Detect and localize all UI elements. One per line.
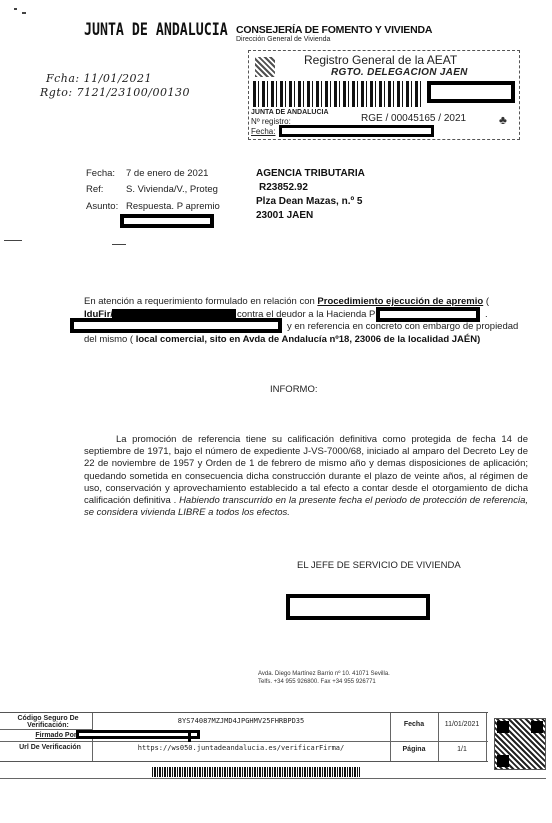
csv-value: 8YS74087MZJMD4JPGHMV25FHRBPD35 — [92, 717, 390, 725]
stamp-registry-number: RGE / 00045165 / 2021 — [361, 113, 466, 124]
subdepartment-title: Dirección General de Vivienda — [236, 36, 330, 43]
signature-redaction — [286, 594, 430, 620]
stamp-org: JUNTA DE ANDALUCIA — [251, 109, 329, 116]
recipient-street: Plza Dean Mazas, n.º 5 — [256, 196, 362, 207]
recipient-code: R23852.92 — [259, 182, 308, 193]
scan-speck — [22, 12, 26, 14]
redaction-box — [70, 318, 282, 333]
text-span: ( — [483, 296, 489, 307]
recipient-name: AGENCIA TRIBUTARIA — [256, 168, 365, 179]
subject-label: Asunto: — [86, 201, 118, 212]
text-span: del mismo ( — [84, 334, 136, 345]
url-label: Url De Verificación — [10, 744, 90, 751]
divider — [0, 778, 546, 779]
page-value: 1/1 — [438, 746, 486, 753]
date-label: Fecha — [390, 721, 438, 728]
text-span: En atención a requerimiento formulado en… — [84, 296, 317, 307]
page-label: Página — [390, 746, 438, 753]
body-paragraph-1-line3: y en referencia en concreto con embargo … — [287, 321, 518, 333]
footer-phone-line: Telfs. +34 955 926800. Fax +34 955 92677… — [258, 678, 390, 686]
stamp-subtitle: RGTO. DELEGACION JAEN — [331, 67, 468, 78]
redaction-box — [76, 730, 200, 739]
csv-label: Código Seguro De Verificación: — [8, 715, 88, 729]
org-title: JUNTA DE ANDALUCIA — [84, 20, 228, 40]
footer-address: Avda. Diego Martínez Barrio nº 10. 41071… — [258, 670, 390, 686]
barcode — [152, 767, 360, 777]
body-paragraph-2: La promoción de referencia tiene su cali… — [84, 434, 528, 519]
redaction-box — [120, 214, 214, 228]
redaction-box — [188, 733, 191, 742]
procedure-name: Procedimiento ejecución de apremio — [317, 296, 483, 307]
signer-title: EL JEFE DE SERVICIO DE VIVIENDA — [297, 560, 461, 571]
ref-value: S. Vivienda/V., Proteg — [126, 184, 218, 195]
footer-address-line1: Avda. Diego Martínez Barrio nº 10. 41071… — [258, 670, 390, 678]
qr-code-icon — [494, 718, 546, 770]
date-label: Fecha: — [86, 168, 115, 179]
coat-of-arms-icon — [255, 57, 275, 77]
handwritten-date: Fcha: 11/01/2021 — [46, 72, 152, 85]
scan-speck — [14, 8, 17, 10]
informo-heading: INFORMO: — [270, 384, 318, 395]
stamp-title: Registro General de la AEAT — [304, 53, 457, 67]
property-description: local comercial, sito en Avda de Andaluc… — [136, 334, 481, 345]
body-paragraph-1-line4: del mismo ( local comercial, sito en Avd… — [84, 334, 480, 346]
stamp-logo-icon: ♣ — [499, 113, 507, 127]
stamp-barcode — [253, 81, 423, 107]
recipient-city: 23001 JAEN — [256, 210, 313, 221]
handwritten-registry: Rgto: 7121/23100/00130 — [40, 86, 190, 99]
registry-stamp: Registro General de la AEAT RGTO. DELEGA… — [248, 50, 520, 140]
date-value: 11/01/2021 — [438, 721, 486, 728]
scan-speck — [4, 240, 22, 241]
department-title: CONSEJERÍA DE FOMENTO Y VIVIENDA — [236, 24, 432, 36]
text-span: . — [485, 309, 488, 321]
ref-label: Ref: — [86, 184, 103, 195]
verification-url[interactable]: https://ws050.juntadeandalucia.es/verifi… — [92, 744, 390, 752]
scan-speck — [112, 244, 126, 245]
redaction-box — [376, 307, 480, 322]
date-value: 7 de enero de 2021 — [126, 168, 208, 179]
verification-table: Código Seguro De Verificación: 8YS74087M… — [0, 712, 488, 762]
stamp-date-label: Fecha: — [251, 127, 275, 136]
redaction-box — [279, 125, 434, 137]
subject-value: Respuesta. P apremio — [126, 201, 220, 212]
redaction-box — [427, 81, 515, 103]
